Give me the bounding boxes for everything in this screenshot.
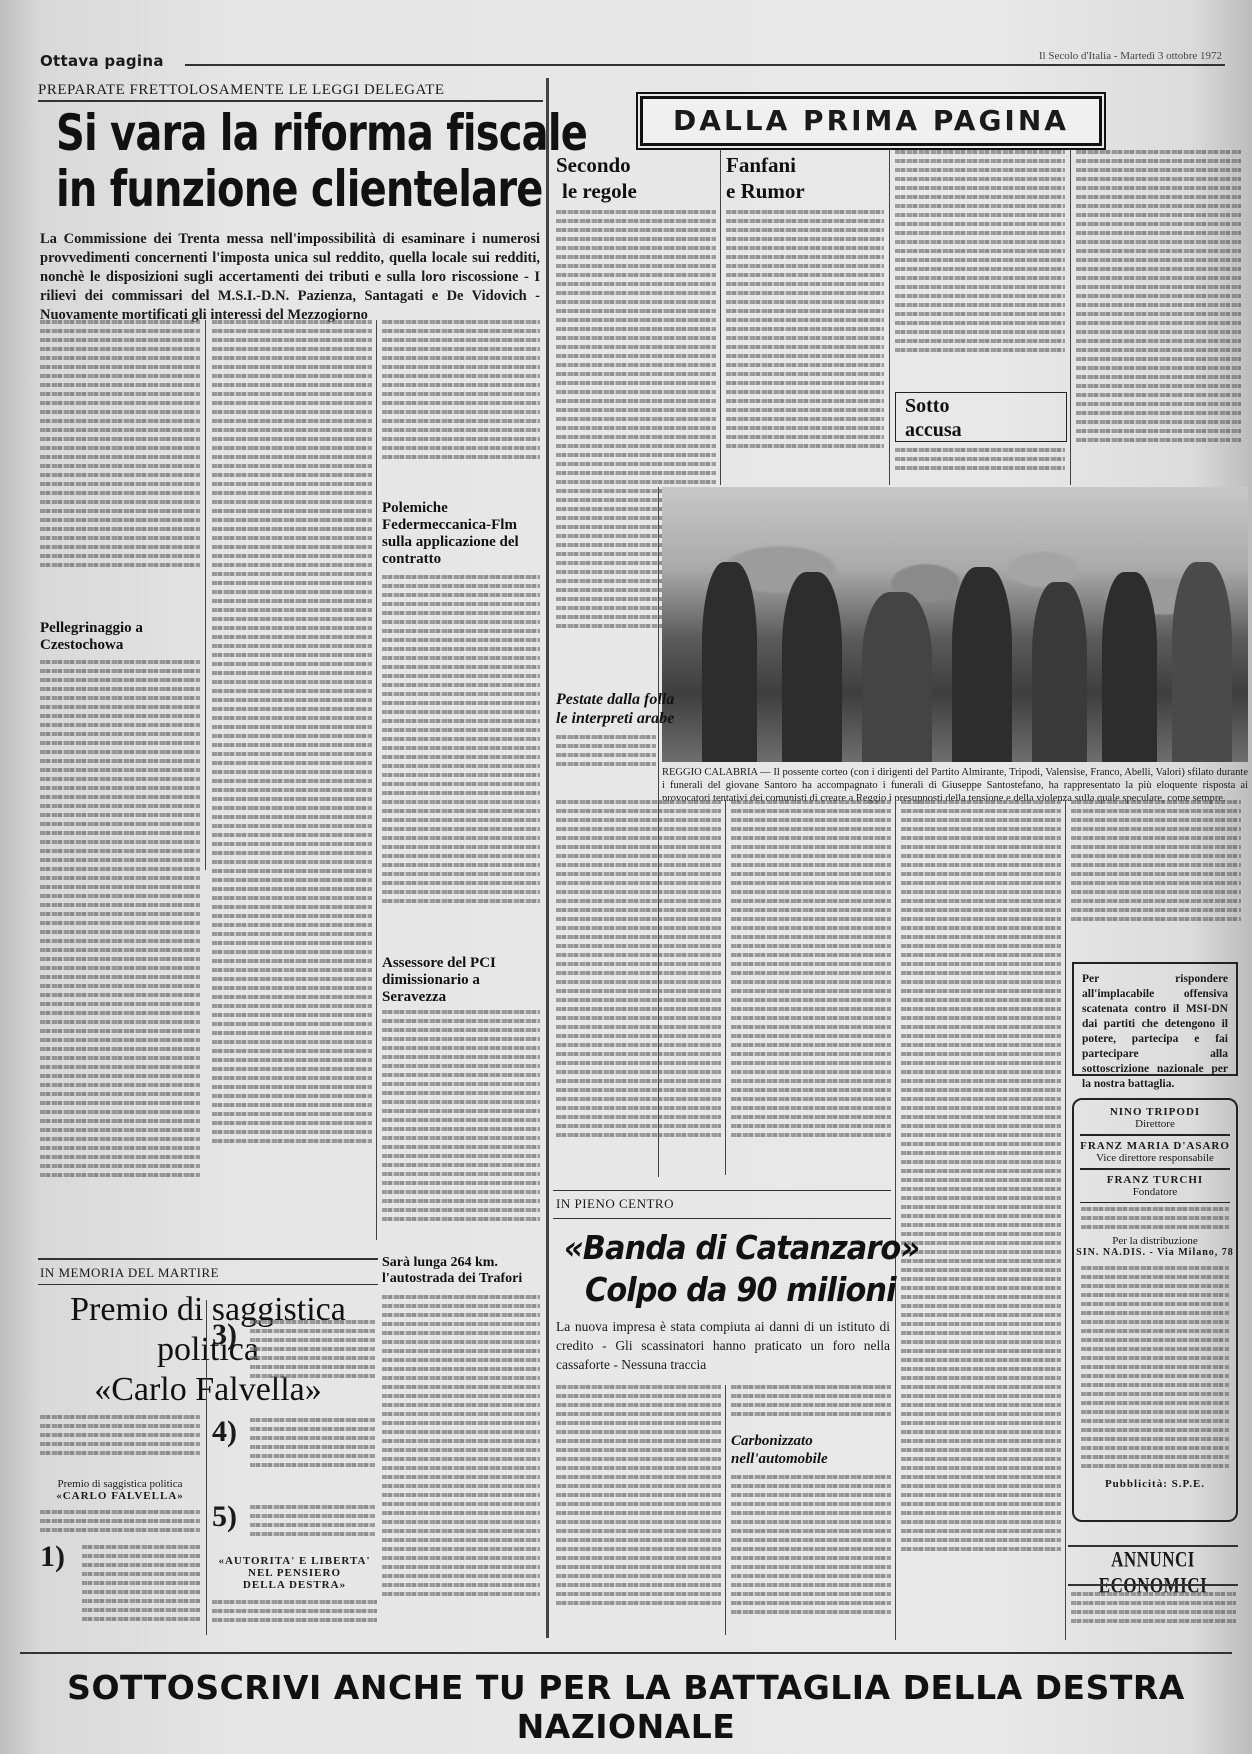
staff-rule xyxy=(1080,1134,1230,1136)
story-title-federmeccanica: Polemiche Federmeccanica-Flm sulla appli… xyxy=(382,500,540,568)
staff-distribution: Per la distribuzione SIN. NA.DIS. - Via … xyxy=(1074,1235,1236,1258)
masthead-rule xyxy=(185,64,1225,66)
body-text-crime-2 xyxy=(731,1385,891,1425)
column-rule xyxy=(889,150,890,485)
founder-role: Fondatore xyxy=(1074,1186,1236,1198)
crime-headline-line2: Colpo da 90 milioni xyxy=(585,1270,896,1309)
crime-kicker: IN PIENO CENTRO xyxy=(556,1196,674,1212)
item-number-5: 5) xyxy=(212,1500,237,1534)
crime-top-rule xyxy=(553,1190,891,1191)
story-title-autostrada: Sarà lunga 264 km. l'autostrada dei Traf… xyxy=(382,1255,540,1287)
column-rule xyxy=(720,150,721,485)
body-text-col2 xyxy=(212,320,372,1240)
column-rule xyxy=(205,320,206,870)
body-text-item5 xyxy=(250,1505,375,1545)
story-title-arab-interpreters: Pestate dalla folla le interpreti arabe xyxy=(556,690,674,728)
body-text-col-right2 xyxy=(1076,150,1241,480)
distribution-label: Per la distribuzione xyxy=(1074,1235,1236,1247)
item-number-3: 3) xyxy=(212,1318,237,1352)
story-title-seravezza: Assessore del PCI dimissionario a Serave… xyxy=(382,955,540,1006)
main-headline-line2: in funzione clientelare xyxy=(56,160,543,218)
photo-figure xyxy=(1032,582,1087,762)
body-text-sotto-accusa xyxy=(895,448,1065,480)
body-text-col-right1 xyxy=(895,150,1065,385)
body-text-col3 xyxy=(382,320,540,480)
body-text-memorial-intro xyxy=(40,1415,200,1465)
kicker-rule xyxy=(38,100,543,102)
founder-name: FRANZ TURCHI xyxy=(1074,1174,1236,1186)
column-rule xyxy=(376,320,377,1240)
body-text-pilgrimage xyxy=(40,660,200,1240)
quote-title-line2: NEL PENSIERO xyxy=(212,1567,377,1579)
memorial-kicker: IN MEMORIA DEL MARTIRE xyxy=(40,1265,219,1281)
photo-figure xyxy=(1172,562,1232,762)
column-title-sotto-line2: accusa xyxy=(905,418,962,442)
bottom-rule xyxy=(20,1652,1232,1654)
director-role: Direttore xyxy=(1074,1118,1236,1130)
main-headline-line1: Si vara la riforma fiscale xyxy=(56,104,587,162)
quote-title-line3: DELLA DESTRA» xyxy=(212,1579,377,1591)
crime-deck: La nuova impresa è stata compiuta ai dan… xyxy=(556,1317,890,1374)
classifieds-rule xyxy=(1068,1584,1238,1586)
appeal-box: Per rispondere all'implacabile offensiva… xyxy=(1072,962,1238,1076)
quote-title: «AUTORITA' E LIBERTA' NEL PENSIERO DELLA… xyxy=(212,1555,377,1591)
newspaper-page: Ottava pagina Il Secolo d'Italia - Marte… xyxy=(0,0,1252,1754)
column-title-fanfani-line2: e Rumor xyxy=(726,178,805,204)
column-title-fanfani: Fanfani e Rumor xyxy=(726,152,805,204)
staff-director: NINO TRIPODI Direttore xyxy=(1074,1106,1236,1130)
photo-figure xyxy=(702,562,757,762)
story-title-carbonized: Carbonizzato nell'automobile xyxy=(731,1432,828,1468)
body-text-carbonized xyxy=(731,1475,891,1635)
carbonized-title-line2: nell'automobile xyxy=(731,1450,828,1468)
body-text-item1 xyxy=(82,1545,200,1635)
bottom-banner: SOTTOSCRIVI ANCHE TU PER LA BATTAGLIA DE… xyxy=(0,1668,1252,1746)
staff-deputy: FRANZ MARIA D'ASARO Vice direttore respo… xyxy=(1074,1140,1236,1164)
staff-founder: FRANZ TURCHI Fondatore xyxy=(1074,1174,1236,1198)
body-text-federmeccanica xyxy=(382,575,540,945)
column-title-sotto-accusa: Sotto accusa xyxy=(905,394,962,442)
deputy-role: Vice direttore responsabile xyxy=(1074,1152,1236,1164)
body-text-seravezza xyxy=(382,1010,540,1250)
column-title-secondo-line1: Secondo xyxy=(556,152,637,178)
column-title-secondo-line2: le regole xyxy=(556,178,637,204)
story-title-pilgrimage: Pellegrinaggio a Czestochowa xyxy=(40,620,200,654)
staff-box: NINO TRIPODI Direttore FRANZ MARIA D'ASA… xyxy=(1072,1098,1238,1522)
body-text-autostrada xyxy=(382,1295,540,1635)
staff-footer: Pubblicità: S.P.E. xyxy=(1074,1478,1236,1490)
main-kicker: PREPARATE FRETTOLOSAMENTE LE LEGGI DELEG… xyxy=(38,82,445,99)
column-rule xyxy=(725,1385,726,1635)
deputy-name: FRANZ MARIA D'ASARO xyxy=(1074,1140,1236,1152)
crime-kicker-rule xyxy=(553,1218,891,1219)
body-text-quote xyxy=(212,1600,377,1635)
distribution-value: SIN. NA.DIS. - Via Milano, 78 xyxy=(1074,1247,1236,1258)
section-label: Ottava pagina xyxy=(40,52,164,70)
director-name: NINO TRIPODI xyxy=(1074,1106,1236,1118)
column-rule xyxy=(206,1300,207,1635)
italic-title-line2: le interpreti arabe xyxy=(556,709,674,728)
staff-footer-text: Pubblicità: S.P.E. xyxy=(1074,1478,1236,1490)
quote-title-line1: «AUTORITA' E LIBERTA' xyxy=(212,1555,377,1567)
memorial-subhead-line1: Premio di saggistica politica xyxy=(40,1478,200,1490)
body-text-item4 xyxy=(250,1418,375,1478)
item-number-1: 1) xyxy=(40,1540,65,1574)
photo-figure xyxy=(952,567,1012,762)
body-text-crime xyxy=(556,1385,721,1635)
staff-rule xyxy=(1080,1202,1230,1203)
memorial-kicker-rule xyxy=(38,1284,378,1285)
photo-figure xyxy=(1102,572,1157,762)
body-text-fanfani xyxy=(726,210,884,480)
photo-figure xyxy=(782,572,842,762)
body-text-col-mid1 xyxy=(556,800,721,1175)
body-text-memorial xyxy=(40,1510,200,1540)
column-rule xyxy=(1070,150,1071,485)
body-text-col-right3 xyxy=(1071,800,1241,935)
memorial-subhead-line2: «CARLO FALVELLA» xyxy=(40,1490,200,1502)
main-lead: La Commissione dei Trenta messa nell'imp… xyxy=(40,230,540,325)
body-text-col-mid3 xyxy=(901,800,1061,1635)
memorial-top-rule xyxy=(38,1258,378,1260)
news-photo-funeral-procession xyxy=(662,487,1248,762)
body-text-arab-interpreters-top xyxy=(556,735,656,775)
dateline: Il Secolo d'Italia - Martedì 3 ottobre 1… xyxy=(1039,50,1222,62)
item-number-4: 4) xyxy=(212,1415,237,1449)
column-rule xyxy=(725,800,726,1175)
staff-text xyxy=(1081,1207,1229,1235)
page-divider xyxy=(546,78,549,1638)
column-title-secondo: Secondo le regole xyxy=(556,152,637,204)
crime-headline-line1: «Banda di Catanzaro» xyxy=(564,1228,919,1267)
column-title-fanfani-line1: Fanfani xyxy=(726,152,805,178)
carbonized-title-line1: Carbonizzato xyxy=(731,1432,828,1450)
column-title-sotto-line1: Sotto xyxy=(905,394,962,418)
body-text-col1 xyxy=(40,320,200,595)
body-text-col-mid2 xyxy=(731,800,891,1175)
column-rule xyxy=(895,800,896,1640)
appeal-text: Per rispondere all'implacabile offensiva… xyxy=(1074,964,1236,1100)
memorial-subhead: Premio di saggistica politica «CARLO FAL… xyxy=(40,1478,200,1502)
photo-figure xyxy=(862,592,932,762)
column-rule xyxy=(1065,800,1066,1640)
italic-title-line1: Pestate dalla folla xyxy=(556,690,674,709)
classifieds-text xyxy=(1071,1592,1236,1632)
staff-rule xyxy=(1080,1168,1230,1170)
front-page-banner: DALLA PRIMA PAGINA xyxy=(640,96,1102,146)
body-text-item3 xyxy=(250,1320,375,1390)
staff-text xyxy=(1081,1266,1229,1496)
